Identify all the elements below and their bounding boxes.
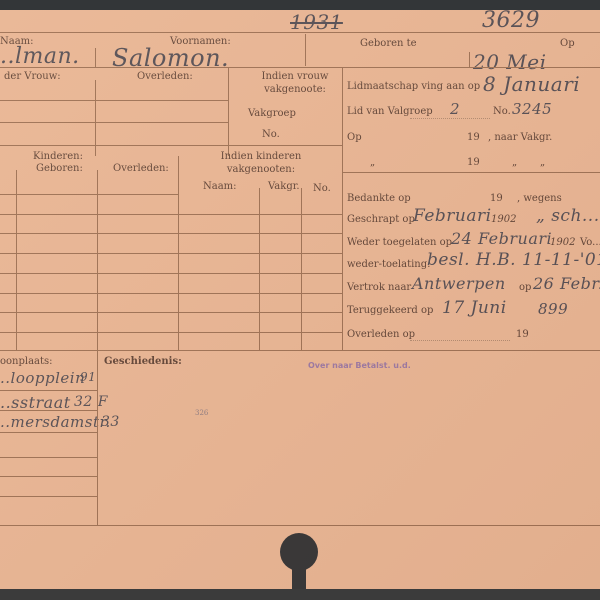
teruggekeerd-value: 17 Juni [442, 300, 507, 317]
wife-overleden-label: Overleden: [137, 72, 193, 82]
address-3-street: ..mersdamstr. [0, 415, 111, 430]
filing-rod-slot [292, 562, 306, 590]
address-3-number: 33 [101, 415, 120, 429]
op-label-2: Op [347, 133, 362, 143]
kinderen-row-rule-7 [0, 312, 342, 313]
wife-bottom-rule [0, 145, 342, 146]
kinderen-row-rule-6 [0, 293, 342, 294]
kinderen-no-label: No. [313, 184, 331, 194]
struck-year: 1931 [290, 12, 343, 32]
kinderen-row-rule-8 [0, 332, 342, 333]
kinderen-row-rule-5 [0, 273, 342, 274]
overleden-year: 19 [516, 330, 529, 340]
lidmaatschap-value: 8 Januari [483, 74, 580, 94]
kinderen-naam-label: Naam: [203, 182, 237, 192]
kinderen-row-rule-4 [0, 253, 342, 254]
geschrapt-label: Geschrapt op [347, 215, 415, 225]
wife-vakgroep-label: Vakgroep [248, 109, 296, 119]
woonplaats-divider [97, 350, 98, 525]
kinderen-row-rule-1 [0, 194, 178, 195]
vertrok-op: op [519, 283, 531, 293]
membership-bottom-rule [342, 172, 600, 173]
teruggekeerd-label: Teruggekeerd op [347, 306, 433, 316]
wegens-label: , wegens [517, 194, 562, 204]
lid-van-vakgroep-label: Lid van Valgroep [347, 107, 433, 117]
weder-toelating-label: weder-toelating: [347, 260, 431, 270]
lower-card-rule [0, 525, 600, 526]
naar-vakgr-label: , naar Vakgr. [488, 133, 552, 143]
vertrok-label: Vertrok naar [347, 283, 411, 293]
indien-kinderen-label: Indien kinderen [180, 152, 342, 162]
kinderen-divider-0 [16, 170, 17, 350]
naam-value: ..lman. [0, 46, 80, 68]
bedankte-label: Bedankte op [347, 194, 411, 204]
ditto-2: „ [512, 158, 517, 168]
lid-no-label: No. [493, 107, 511, 117]
main-column-divider [342, 68, 343, 350]
header-bottom-rule [0, 67, 600, 68]
teruggekeerd-year: 899 [538, 302, 568, 317]
naam-divider [95, 48, 96, 68]
kinderen-label: Kinderen: [33, 152, 83, 162]
woonplaats-rule-4 [0, 457, 97, 458]
index-card: 1931 3629 Naam: ..lman. Voornamen: Salom… [0, 10, 600, 590]
ditto-1: „ [370, 158, 375, 168]
kinderen-overleden-label: Overleden: [113, 164, 169, 174]
kinderen-row-rule-3 [0, 233, 342, 234]
transfer-stamp: Over naar Betalst. u.d. [308, 361, 411, 370]
indien-vrouw-label: Indien vrouw [240, 72, 350, 82]
vakgroep-value: 2 [450, 102, 460, 117]
birth-date-value: 20 Mei [473, 52, 547, 72]
geschrapt-value: Februari [413, 208, 492, 225]
woonplaats-rule-1 [0, 390, 97, 391]
kinderen-divider-1 [97, 170, 98, 350]
kinderen-row-rule-2 [0, 214, 342, 215]
ditto-year: 19 [467, 158, 480, 168]
woonplaats-rule-6 [0, 496, 97, 497]
kinderen-divider-3 [259, 188, 260, 350]
vertrok-place: Antwerpen [412, 276, 506, 292]
geschrapt-year: 1902 [491, 215, 516, 225]
woonplaats-label: oonplaats: [0, 357, 53, 367]
op-label: Op [560, 39, 575, 49]
vakgroep-line [410, 118, 490, 119]
faint-mark: 326 [195, 410, 208, 417]
weder-toegelaten-year: 1902 [550, 238, 575, 248]
woonplaats-rule-3 [0, 432, 97, 433]
vertrok-date: 26 Febr... [533, 276, 600, 292]
kinderen-vakgr-label: Vakgr. [268, 182, 300, 192]
address-1-number: 91 [80, 371, 96, 383]
mid-card-rule [0, 350, 600, 351]
lid-no-value: 3245 [512, 102, 552, 117]
header-divider-2 [469, 52, 470, 68]
card-number: 3629 [482, 10, 540, 32]
weder-toegelaten-suffix: Vo... [580, 238, 600, 248]
geboren-te-label: Geboren te [360, 39, 417, 49]
address-2-number: 32 F [74, 395, 108, 409]
geschiedenis-label: Geschiedenis: [104, 357, 182, 367]
address-1-street: ..loopplein [0, 371, 85, 386]
weder-toegelaten-label: Weder toegelaten op [347, 238, 452, 248]
wife-divider-2 [228, 68, 229, 156]
vakgenoote-label: vakgenoote: [240, 85, 350, 95]
wife-row-rule-2 [0, 122, 228, 123]
lidmaatschap-label: Lidmaatschap ving aan op [347, 82, 480, 92]
address-2-street: ..sstraat [0, 395, 71, 411]
naam-der-vrouw-label: der Vrouw: [4, 72, 61, 82]
woonplaats-rule-5 [0, 476, 97, 477]
geschrapt-reason: „ sch... [536, 208, 600, 225]
kinderen-geboren-label: Geboren: [36, 164, 83, 174]
kinderen-vakgenooten-label: vakgenooten: [180, 165, 342, 175]
weder-toegelaten-value: 24 Februari [451, 231, 552, 247]
wife-row-rule-1 [0, 100, 228, 101]
op-year-prefix: 19 [467, 133, 480, 143]
ditto-3: „ [540, 158, 545, 168]
wife-no-label: No. [262, 130, 280, 140]
kinderen-divider-4 [301, 188, 302, 350]
woonplaats-rule-2 [0, 410, 97, 411]
header-divider-1 [305, 34, 306, 66]
weder-toelating-value: besl. H.B. 11-11-'01 [427, 252, 600, 269]
overleden-op-label: Overleden op [347, 330, 415, 340]
scanner-border-bottom [0, 589, 600, 600]
bedankte-year: 19 [490, 194, 503, 204]
scanner-border-top [0, 0, 600, 10]
overleden-line [410, 340, 510, 341]
